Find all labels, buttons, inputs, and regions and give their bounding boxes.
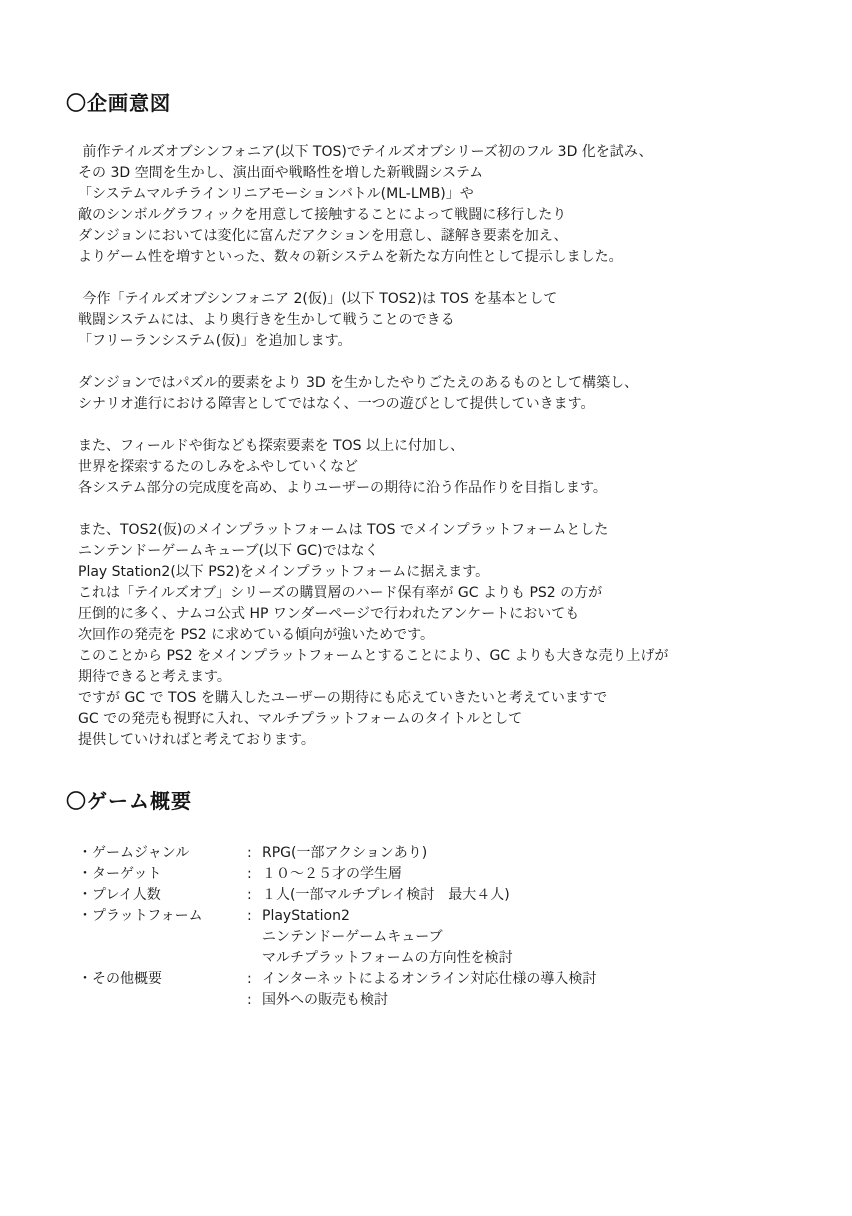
text-line: Play Station2(以下 PS2)をメインプラットフォームに据えます。 [78,562,812,583]
text-line: ダンジョンにおいては変化に富んだアクションを用意し、謎解き要素を加え、 [78,226,812,247]
spec-row-other-2: : 国外への販売も検討 [78,990,812,1011]
paragraph: また、フィールドや街なども探索要素を TOS 以上に付加し、 世界を探索するたの… [78,436,812,499]
spec-value: PlayStation2 [262,906,350,927]
paragraph: ダンジョンではパズル的要素をより 3D を生かしたやりごたえのあるものとして構築… [78,373,812,415]
spec-label: ・ゲームジャンル [78,843,247,864]
spec-label: ・その他概要 [78,969,247,990]
text-line: 次回作の発売を PS2 に求めている傾向が強いためです。 [78,625,812,646]
text-line: 今作「テイルズオブシンフォニア 2(仮)」(以下 TOS2)は TOS を基本と… [78,289,812,310]
spec-colon: : [247,969,262,990]
spec-value: １人(一部マルチプレイ検討 最大４人) [262,885,510,906]
text-line: また、TOS2(仮)のメインプラットフォームは TOS でメインプラットフォーム… [78,520,812,541]
paragraph: また、TOS2(仮)のメインプラットフォームは TOS でメインプラットフォーム… [78,520,812,751]
spec-value: ニンテンドーゲームキューブ [262,927,443,948]
text-line: その 3D 空間を生かし、演出面や戦略性を増した新戦闘システム [78,163,812,184]
text-line: 「フリーランシステム(仮)」を追加します。 [78,331,812,352]
text-line: 世界を探索するたのしみをふやしていくなど [78,457,812,478]
text-line: 提供していければと考えております。 [78,730,812,751]
text-line: ダンジョンではパズル的要素をより 3D を生かしたやりごたえのあるものとして構築… [78,373,812,394]
paragraph: 前作テイルズオブシンフォニア(以下 TOS)でテイルズオブシリーズ初のフル 3D… [78,142,812,268]
spec-row-platform: ・プラットフォーム : PlayStation2 [78,906,812,927]
spec-row-target: ・ターゲット : １０～２５才の学生層 [78,864,812,885]
spec-value: インターネットによるオンライン対応仕様の導入検討 [262,969,596,990]
text-line: 期待できると考えます。 [78,667,812,688]
text-line: シナリオ進行における障害としてではなく、一つの遊びとして提供していきます。 [78,394,812,415]
section-heading-game-overview: 〇ゲーム概要 [66,789,812,813]
spec-value: RPG(一部アクションあり) [262,843,427,864]
text-line: これは「テイルズオブ」シリーズの購買層のハード保有率が GC よりも PS2 の… [78,583,812,604]
spec-row-genre: ・ゲームジャンル : RPG(一部アクションあり) [78,843,812,864]
document-page: 〇企画意図 前作テイルズオブシンフォニア(以下 TOS)でテイルズオブシリーズ初… [0,0,852,1216]
text-line: ですが GC で TOS を購入したユーザーの期待にも応えていきたいと考えていま… [78,688,812,709]
spec-row-players: ・プレイ人数 : １人(一部マルチプレイ検討 最大４人) [78,885,812,906]
section-heading-planning-intent: 〇企画意図 [66,91,812,115]
text-line: よりゲーム性を増すといった、数々の新システムを新たな方向性として提示しました。 [78,247,812,268]
text-line: このことから PS2 をメインプラットフォームとすることにより、GC よりも大き… [78,646,812,667]
spec-row-other: ・その他概要 : インターネットによるオンライン対応仕様の導入検討 [78,969,812,990]
planning-intent-body: 前作テイルズオブシンフォニア(以下 TOS)でテイルズオブシリーズ初のフル 3D… [78,142,812,751]
spec-colon: : [247,990,262,1011]
spec-colon: : [247,864,262,885]
text-line: 前作テイルズオブシンフォニア(以下 TOS)でテイルズオブシリーズ初のフル 3D… [78,142,812,163]
text-line: 「システムマルチラインリニアモーションバトル(ML-LMB)」や [78,184,812,205]
spec-colon: : [247,885,262,906]
spec-label: ・プレイ人数 [78,885,247,906]
text-line: 各システム部分の完成度を高め、よりユーザーの期待に沿う作品作りを目指します。 [78,478,812,499]
spec-colon: : [247,906,262,927]
spec-colon: : [247,843,262,864]
spec-label: ・プラットフォーム [78,906,247,927]
spec-value: 国外への販売も検討 [262,990,388,1011]
paragraph: 今作「テイルズオブシンフォニア 2(仮)」(以下 TOS2)は TOS を基本と… [78,289,812,352]
spec-value: マルチプラットフォームの方向性を検討 [262,948,513,969]
text-line: また、フィールドや街なども探索要素を TOS 以上に付加し、 [78,436,812,457]
spec-label: ・ターゲット [78,864,247,885]
text-line: GC での発売も視野に入れ、マルチプラットフォームのタイトルとして [78,709,812,730]
spec-value: １０～２５才の学生層 [262,864,402,885]
game-overview-spec-list: ・ゲームジャンル : RPG(一部アクションあり) ・ターゲット : １０～２５… [78,843,812,1011]
text-line: 敵のシンボルグラフィックを用意して接触することによって戦闘に移行したり [78,205,812,226]
spec-row-platform-3: マルチプラットフォームの方向性を検討 [78,948,812,969]
text-line: 圧倒的に多く、ナムコ公式 HP ワンダーページで行われたアンケートにおいても [78,604,812,625]
text-line: 戦闘システムには、より奥行きを生かして戦うことのできる [78,310,812,331]
spec-row-platform-2: ニンテンドーゲームキューブ [78,927,812,948]
text-line: ニンテンドーゲームキューブ(以下 GC)ではなく [78,541,812,562]
